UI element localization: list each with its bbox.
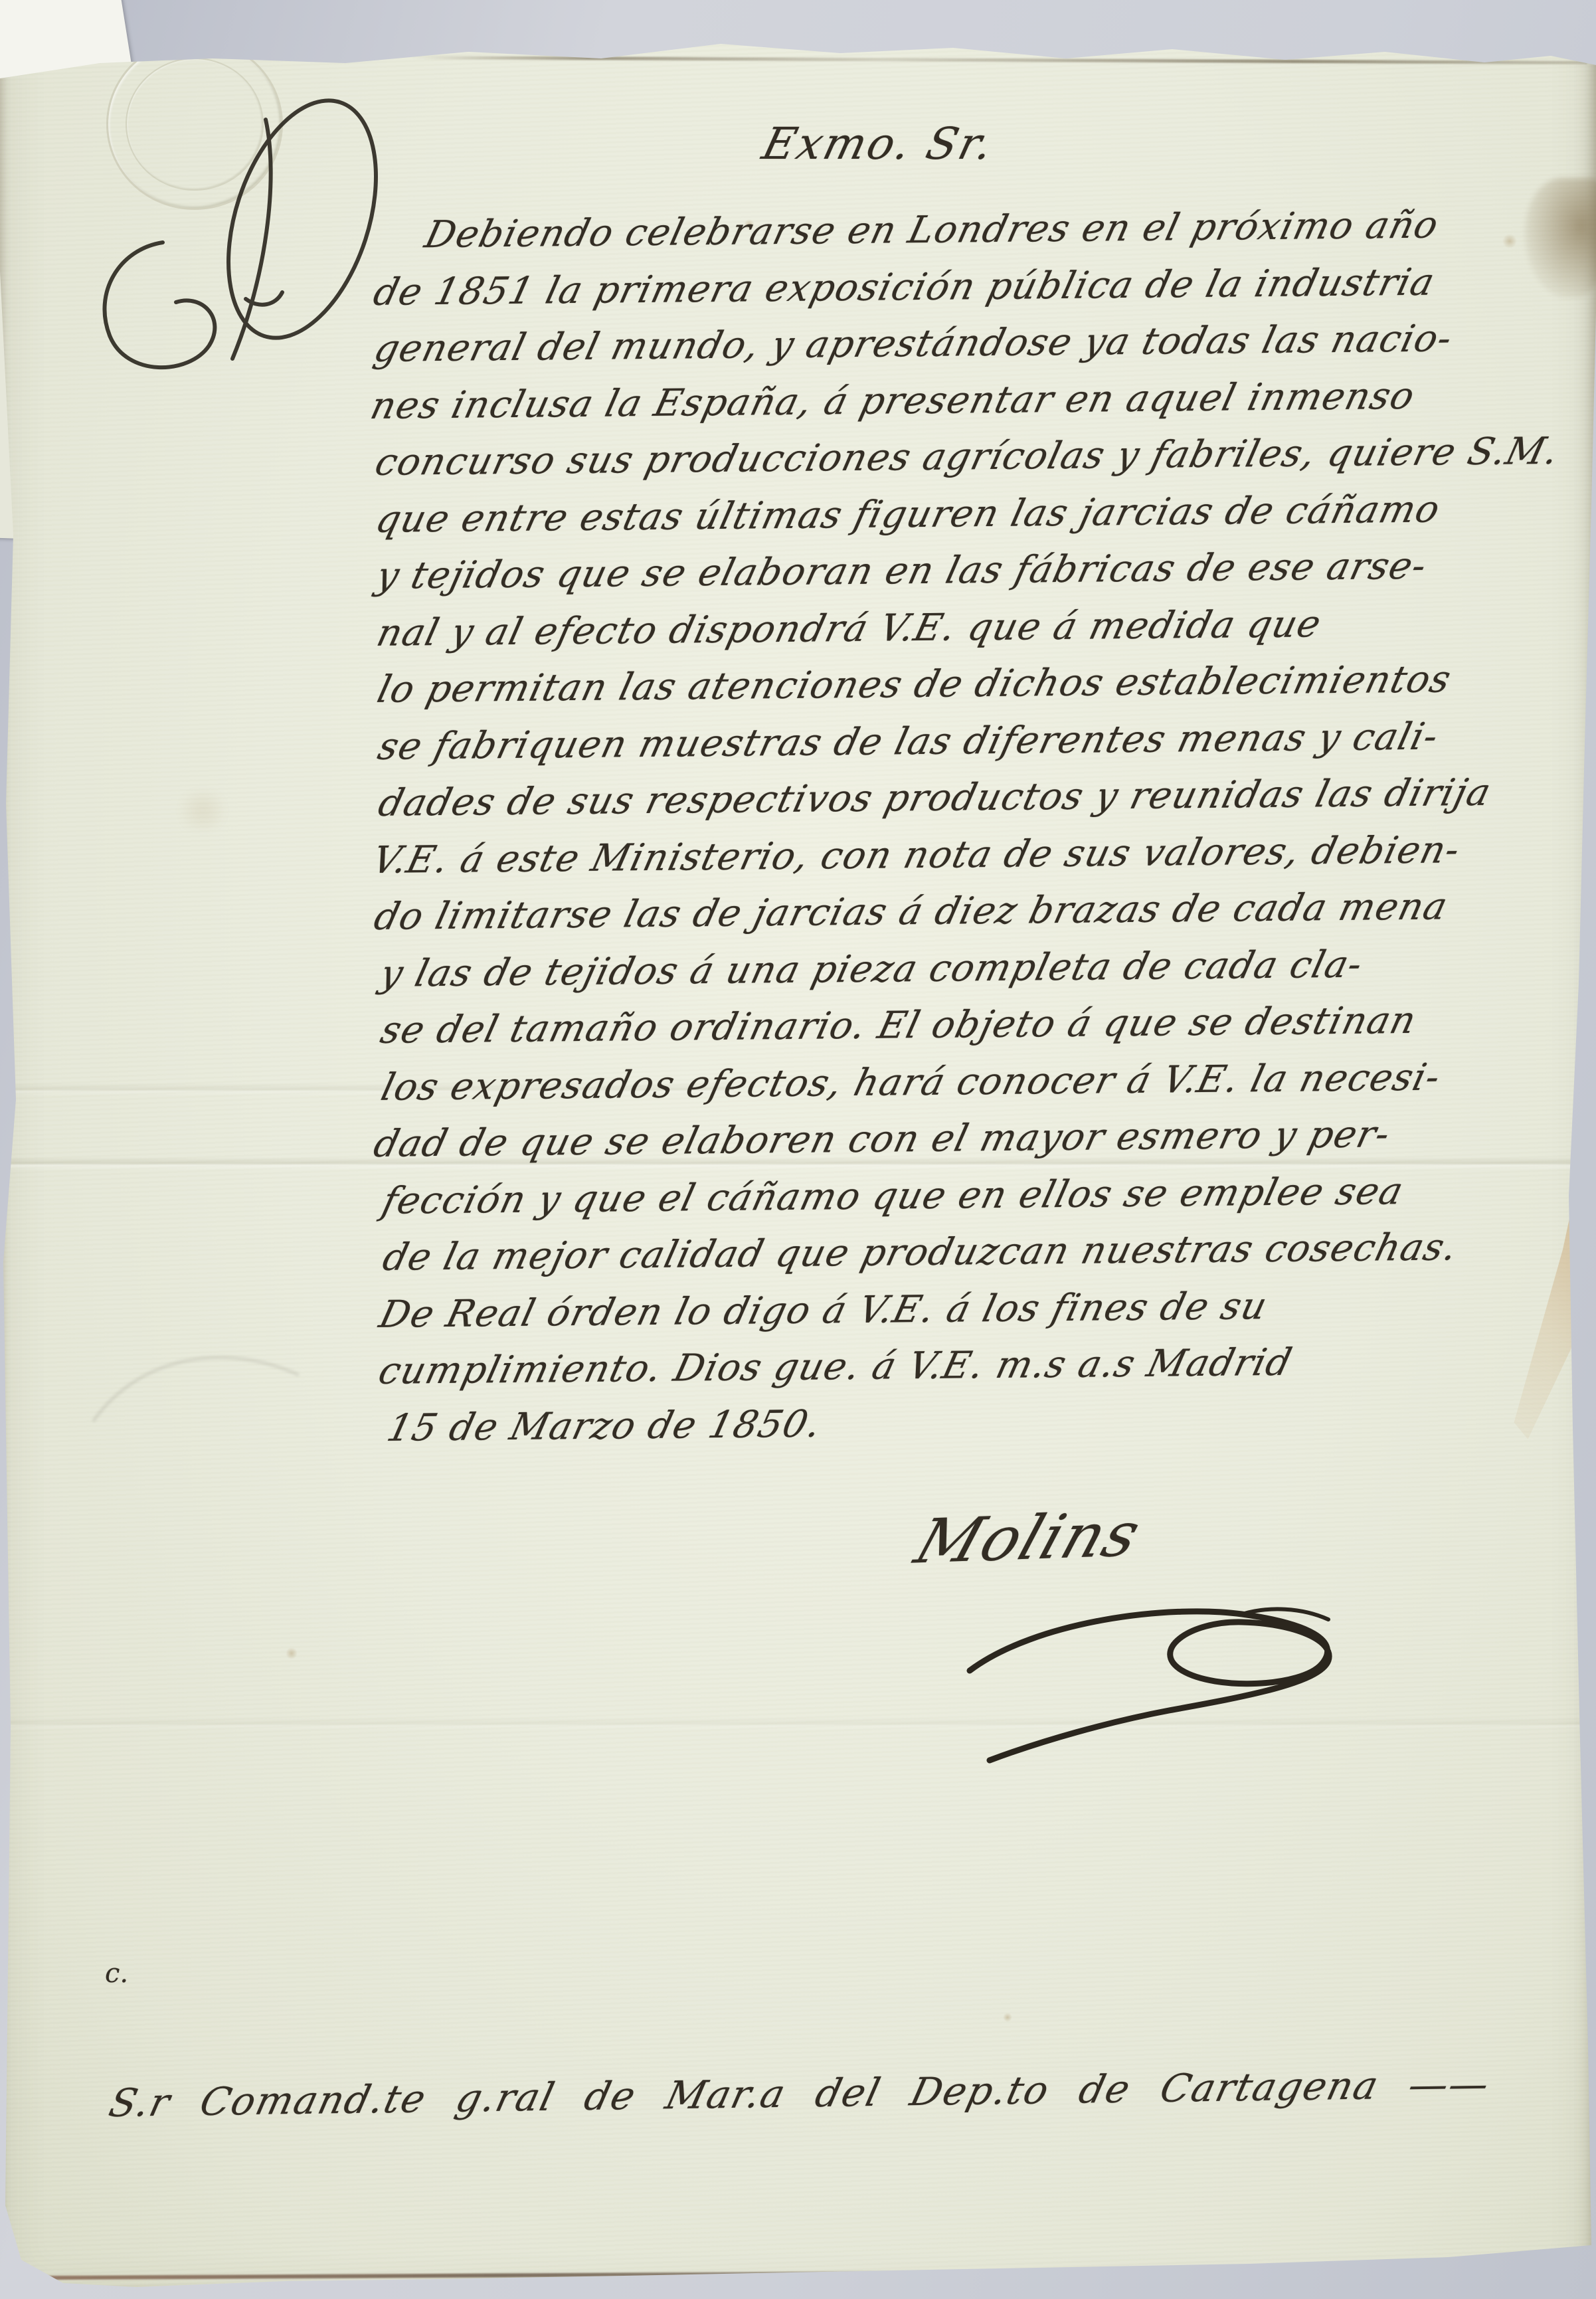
foxing-spot [1003,2013,1012,2022]
body-line: de la mejor calidad que produzcan nuestr… [377,1218,1596,1286]
margin-mark: c. [105,1958,128,1989]
bottom-edge-shadow [40,2268,1581,2280]
body-line: Debiendo celebrarse en Londres en el pró… [419,195,1589,263]
salutation: Exmo. Sr. [757,118,1000,169]
top-edge-shadow [412,56,1587,64]
scanned-document: Exmo. Sr. Debiendo celebrarse en Londres… [0,0,1596,2299]
foxing-spot [286,1647,298,1659]
show-through-mark [80,1315,319,1461]
letter-body: Debiendo celebrarse en Londres en el pró… [367,196,1587,1457]
addressee-line: S.r Comand.te g.ral de Mar.a del Dep.to … [105,2061,1494,2126]
letter-page: Exmo. Sr. Debiendo celebrarse en Londres… [0,0,1596,2299]
signature-rubric [930,1541,1368,1767]
show-through-smudge [173,790,232,830]
opening-flourish [46,80,392,392]
body-line: 15 de Marzo de 1850. [381,1388,1596,1457]
